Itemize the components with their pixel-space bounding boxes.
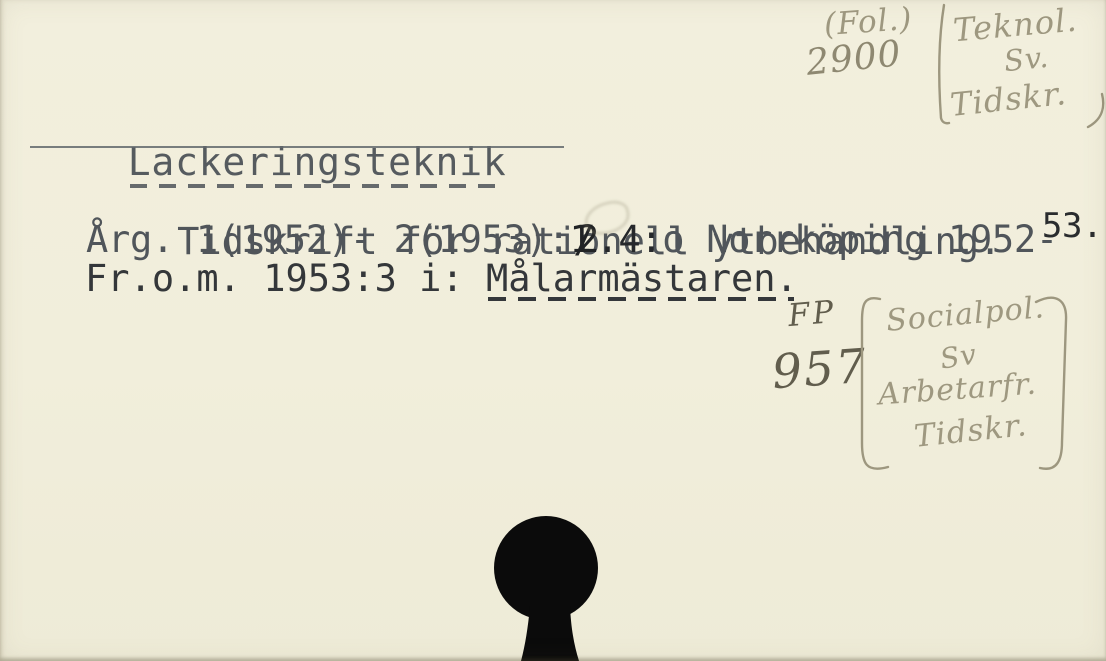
- continued-in-title: Målarmästaren.: [486, 260, 798, 297]
- shelf-number: 2900: [804, 33, 903, 84]
- note-prefix: Fr.o.m. 1953:3 i:: [85, 257, 486, 300]
- heading-rule: [30, 146, 564, 148]
- classification-line: Arbetarfr.: [877, 366, 1038, 412]
- heading-text: Lackeringsteknik: [128, 143, 507, 181]
- entry-note-line: Fr.o.m. 1953:3 i: Målarmästaren.: [85, 260, 798, 297]
- classification-line: Socialpol.: [885, 290, 1046, 339]
- catalog-card: Lackeringsteknik Tidskrift för rationell…: [0, 0, 1106, 661]
- holdings-range: Årg. 1(1952)- 2(1953):: [86, 218, 569, 261]
- issue-fraction: 1/2: [569, 221, 580, 258]
- format-and-place: o Norrköping 1952-: [662, 218, 1058, 261]
- rod-keyhole: [478, 508, 628, 661]
- year-superscript: 53.: [1042, 208, 1103, 245]
- classification-line: Tidskr.: [912, 407, 1029, 455]
- classification-line: Sv.: [1002, 40, 1050, 79]
- code-letters: FP: [787, 294, 838, 334]
- pencil-bracket-right-icon: [1030, 290, 1078, 482]
- classification-line: Tidskr.: [948, 74, 1068, 124]
- pencil-bracket-right-partial-icon: [1082, 92, 1106, 132]
